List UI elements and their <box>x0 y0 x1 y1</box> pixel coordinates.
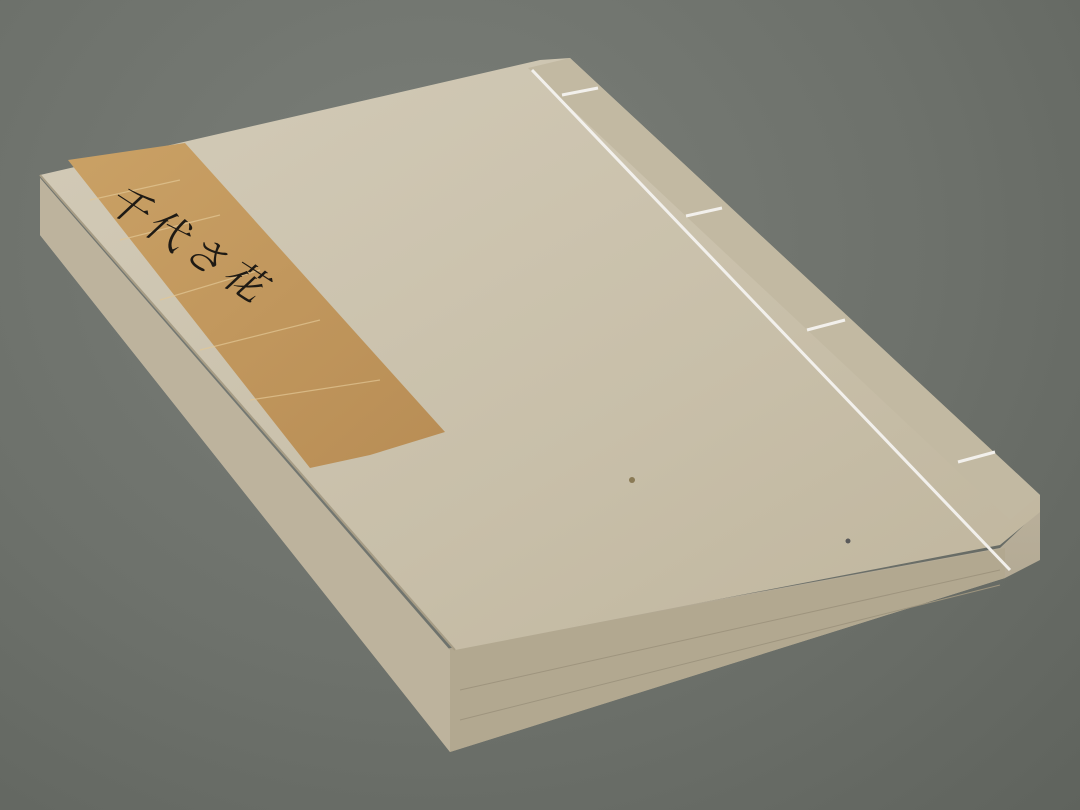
stain-mark <box>846 539 851 544</box>
book-illustration <box>0 0 1080 810</box>
stain-mark <box>629 477 635 483</box>
